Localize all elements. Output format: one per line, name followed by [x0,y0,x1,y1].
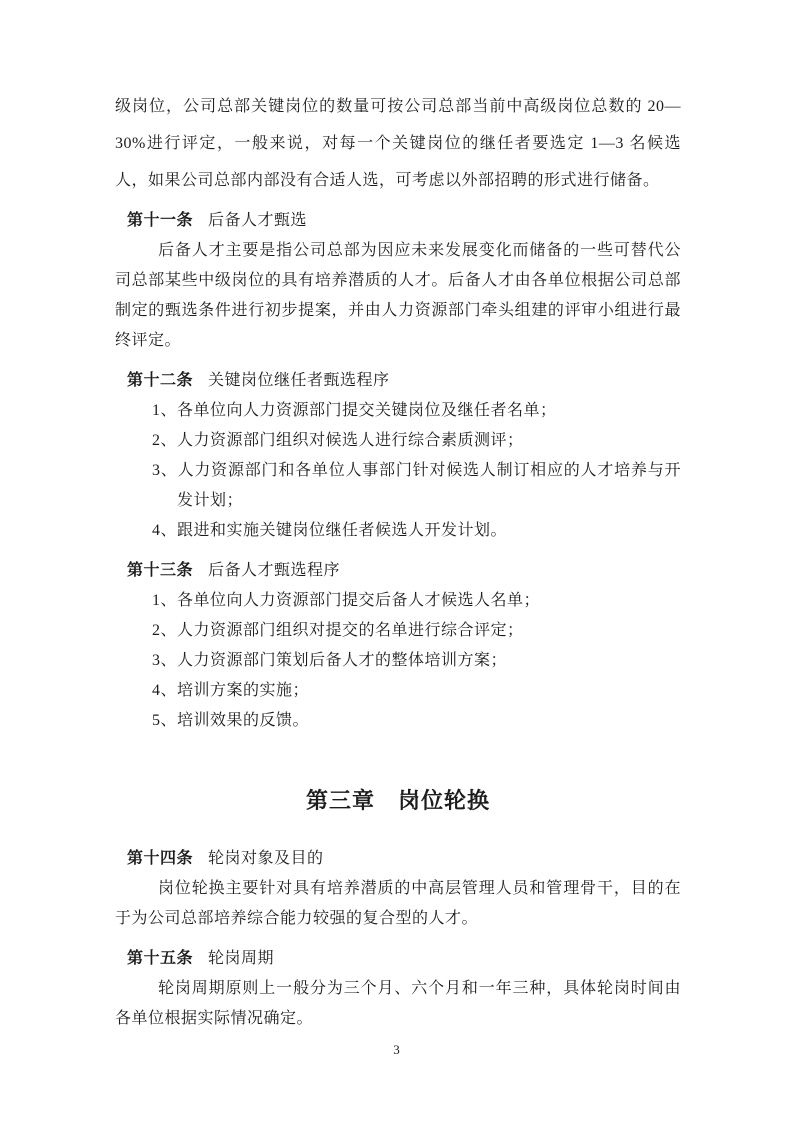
article-11-body: 后备人才主要是指公司总部为因应未来发展变化而储备的一些可替代公司总部某些中级岗位… [115,236,681,356]
article-15-body: 轮岗周期原则上一般分为三个月、六个月和一年三种，具体轮岗时间由各单位根据实际情况… [115,974,681,1034]
article-12-item-4: 4、跟进和实施关键岗位继任者候选人开发计划。 [115,516,681,546]
article-13: 第十三条后备人才甄选程序 1、各单位向人力资源部门提交后备人才候选人名单； 2、… [115,556,681,736]
document-page: 级岗位，公司总部关键岗位的数量可按公司总部当前中高级岗位总数的 20—30%进行… [0,0,793,1122]
article-13-item-5: 5、培训效果的反馈。 [115,706,681,736]
article-11-heading: 第十一条后备人才甄选 [115,206,681,236]
article-12-title: 关键岗位继任者甄选程序 [208,372,390,389]
article-15-title: 轮岗周期 [208,950,274,967]
article-13-item-2: 2、人力资源部门组织对提交的名单进行综合评定； [115,616,681,646]
article-14: 第十四条轮岗对象及目的 岗位轮换主要针对具有培养潜质的中高层管理人员和管理骨干，… [115,844,681,934]
article-11-number: 第十一条 [127,212,193,229]
article-12-item-1: 1、各单位向人力资源部门提交关键岗位及继任者名单； [115,396,681,426]
article-13-heading: 第十三条后备人才甄选程序 [115,556,681,586]
article-13-item-3: 3、人力资源部门策划后备人才的整体培训方案； [115,646,681,676]
article-14-number: 第十四条 [127,850,193,867]
article-14-heading: 第十四条轮岗对象及目的 [115,844,681,874]
article-11: 第十一条后备人才甄选 后备人才主要是指公司总部为因应未来发展变化而储备的一些可替… [115,206,681,356]
article-13-item-4: 4、培训方案的实施； [115,676,681,706]
article-12-number: 第十二条 [127,372,193,389]
article-12-heading: 第十二条关键岗位继任者甄选程序 [115,366,681,396]
article-13-item-1: 1、各单位向人力资源部门提交后备人才候选人名单； [115,586,681,616]
paragraph-continuation: 级岗位，公司总部关键岗位的数量可按公司总部当前中高级岗位总数的 20—30%进行… [115,88,681,199]
article-14-body: 岗位轮换主要针对具有培养潜质的中高层管理人员和管理骨干，目的在于为公司总部培养综… [115,874,681,934]
article-12-item-2: 2、人力资源部门组织对候选人进行综合素质测评； [115,426,681,456]
article-12: 第十二条关键岗位继任者甄选程序 1、各单位向人力资源部门提交关键岗位及继任者名单… [115,366,681,546]
article-14-title: 轮岗对象及目的 [208,850,324,867]
page-number: 3 [0,1042,793,1058]
article-15: 第十五条轮岗周期 轮岗周期原则上一般分为三个月、六个月和一年三种，具体轮岗时间由… [115,944,681,1034]
article-13-title: 后备人才甄选程序 [208,562,340,579]
chapter-heading: 第三章 岗位轮换 [115,784,681,818]
article-15-heading: 第十五条轮岗周期 [115,944,681,974]
article-11-title: 后备人才甄选 [208,212,307,229]
article-13-number: 第十三条 [127,562,193,579]
article-12-item-3: 3、人力资源部门和各单位人事部门针对候选人制订相应的人才培养与开发计划； [115,456,681,516]
page-content: 级岗位，公司总部关键岗位的数量可按公司总部当前中高级岗位总数的 20—30%进行… [115,88,681,1034]
article-15-number: 第十五条 [127,950,193,967]
